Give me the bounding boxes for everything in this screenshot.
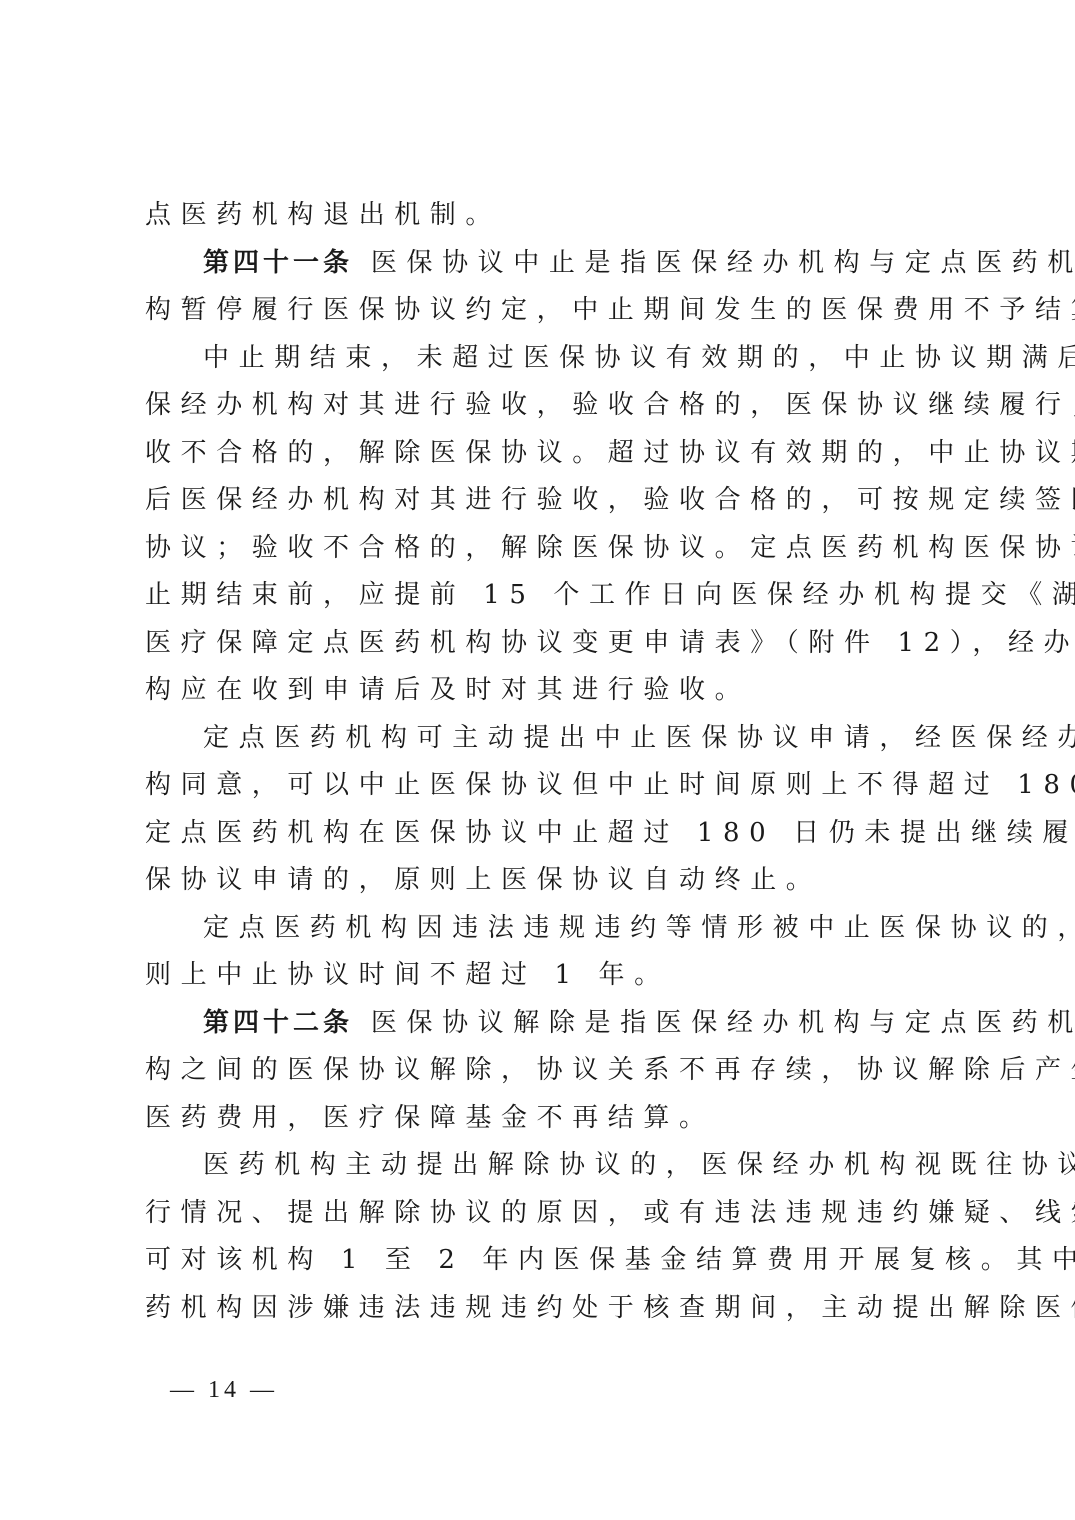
line-text: 后医保经办机构对其进行验收，验收合格的，可按规定续签医保 [145,485,1075,515]
text-line: 后医保经办机构对其进行验收，验收合格的，可按规定续签医保 [145,477,945,525]
line-text: 构应在收到申请后及时对其进行验收。 [145,675,750,705]
line-text: 医药机构主动提出解除协议的，医保经办机构视既往协议履 [203,1150,1075,1180]
line-text: 定点医药机构因违法违规违约等情形被中止医保协议的，原 [203,913,1075,943]
text-line: 中止期结束，未超过医保协议有效期的，中止协议期满后医 [145,335,945,383]
article-heading: 第四十二条 [203,1008,353,1038]
line-text: 构暂停履行医保协议约定，中止期间发生的医保费用不予结算。 [145,295,1075,325]
line-text: 构同意，可以中止医保协议但中止时间原则上不得超过 180 日， [145,770,1075,800]
text-line: 协议；验收不合格的，解除医保协议。定点医药机构医保协议中 [145,525,945,573]
text-line: 定点医药机构因违法违规违约等情形被中止医保协议的，原 [145,905,945,953]
text-line: 保协议申请的，原则上医保协议自动终止。 [145,857,945,905]
text-line: 收不合格的，解除医保协议。超过协议有效期的，中止协议期满 [145,430,945,478]
line-text: 医保协议中止是指医保经办机构与定点医药机 [353,248,1075,278]
text-line: 则上中止协议时间不超过 1 年。 [145,952,945,1000]
line-text: 行情况、提出解除协议的原因，或有违法违规违约嫌疑、线索的， [145,1198,1075,1228]
text-line: 定点医药机构在医保协议中止超过 180 日仍未提出继续履行医 [145,810,945,858]
text-line: 可对该机构 1 至 2 年内医保基金结算费用开展复核。其中定点医 [145,1237,945,1285]
line-text: 止期结束前，应提前 15 个工作日向医保经办机构提交《湖北省 [145,580,1075,610]
line-text: 定点医药机构可主动提出中止医保协议申请，经医保经办机 [203,723,1075,753]
article-heading: 第四十一条 [203,248,353,278]
page-number: — 14 — [170,1377,278,1404]
line-text: 药机构因涉嫌违法违规违约处于核查期间，主动提出解除医保协 [145,1293,1075,1323]
text-line: 构之间的医保协议解除，协议关系不再存续，协议解除后产生的 [145,1047,945,1095]
line-text: 则上中止协议时间不超过 1 年。 [145,960,670,990]
line-text: 收不合格的，解除医保协议。超过协议有效期的，中止协议期满 [145,438,1075,468]
line-text: 协议；验收不合格的，解除医保协议。定点医药机构医保协议中 [145,533,1075,563]
text-line: 止期结束前，应提前 15 个工作日向医保经办机构提交《湖北省 [145,572,945,620]
body-text: 点医药机构退出机制。 第四十一条 医保协议中止是指医保经办机构与定点医药机 构暂… [145,192,945,1332]
article-41-heading-line: 第四十一条 医保协议中止是指医保经办机构与定点医药机 [145,240,945,288]
line-text: 中止期结束，未超过医保协议有效期的，中止协议期满后医 [203,343,1075,373]
line-text: 医药费用，医疗保障基金不再结算。 [145,1103,715,1133]
line-text: 可对该机构 1 至 2 年内医保基金结算费用开展复核。其中定点医 [145,1245,1075,1275]
line-text: 定点医药机构在医保协议中止超过 180 日仍未提出继续履行医 [145,818,1075,848]
text-line: 药机构因涉嫌违法违规违约处于核查期间，主动提出解除医保协 [145,1285,945,1333]
text-line: 点医药机构退出机制。 [145,192,945,240]
text-line: 医药机构主动提出解除协议的，医保经办机构视既往协议履 [145,1142,945,1190]
text-line: 定点医药机构可主动提出中止医保协议申请，经医保经办机 [145,715,945,763]
article-42-heading-line: 第四十二条 医保协议解除是指医保经办机构与定点医药机 [145,1000,945,1048]
line-text: 构之间的医保协议解除，协议关系不再存续，协议解除后产生的 [145,1055,1075,1085]
text-line: 构应在收到申请后及时对其进行验收。 [145,667,945,715]
line-text: 点医药机构退出机制。 [145,200,501,230]
line-text: 保经办机构对其进行验收，验收合格的，医保协议继续履行；验 [145,390,1075,420]
document-page: 点医药机构退出机制。 第四十一条 医保协议中止是指医保经办机构与定点医药机 构暂… [0,0,1075,1520]
text-line: 医药费用，医疗保障基金不再结算。 [145,1095,945,1143]
text-line: 行情况、提出解除协议的原因，或有违法违规违约嫌疑、线索的， [145,1190,945,1238]
line-text: 医疗保障定点医药机构协议变更申请表》（附件 12），经办机 [145,628,1075,658]
text-line: 保经办机构对其进行验收，验收合格的，医保协议继续履行；验 [145,382,945,430]
line-text: 医保协议解除是指医保经办机构与定点医药机 [353,1008,1075,1038]
line-text: 保协议申请的，原则上医保协议自动终止。 [145,865,821,895]
text-line: 构暂停履行医保协议约定，中止期间发生的医保费用不予结算。 [145,287,945,335]
text-line: 构同意，可以中止医保协议但中止时间原则上不得超过 180 日， [145,762,945,810]
text-line: 医疗保障定点医药机构协议变更申请表》（附件 12），经办机 [145,620,945,668]
